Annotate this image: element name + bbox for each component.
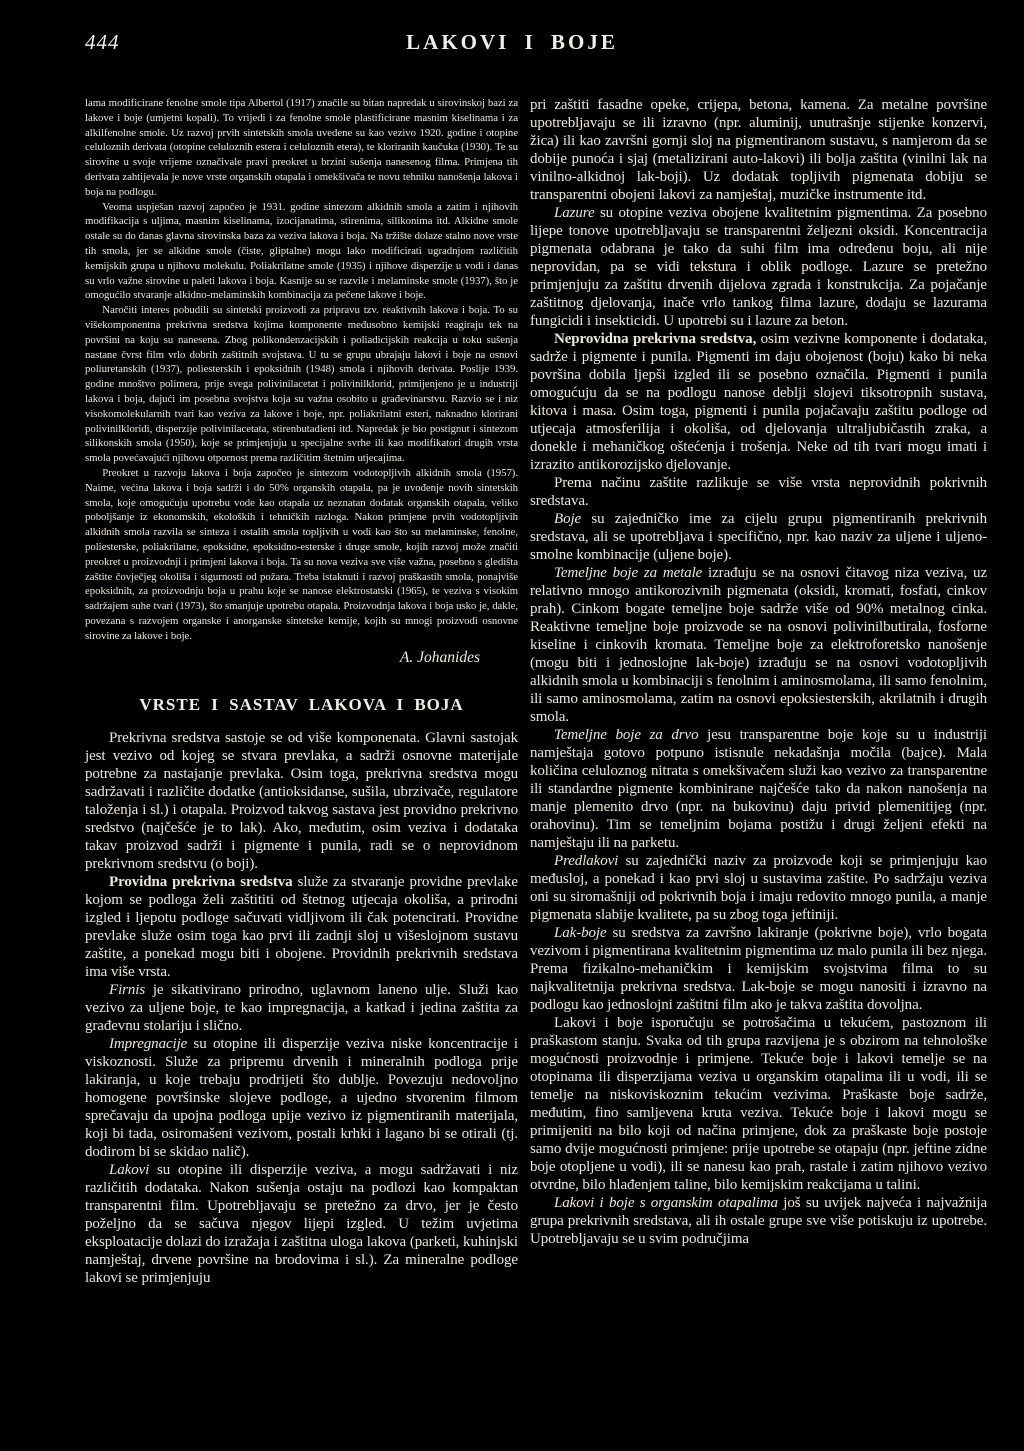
section-heading: VRSTE I SASTAV LAKOVA I BOJA (85, 695, 518, 715)
paragraph-lead-italic: Lazure (554, 205, 595, 221)
author-signature: A. Johanides (85, 649, 518, 667)
paragraph-lead-bold: Neprovidna prekrivna sredstva, (554, 331, 756, 347)
paragraph: Naročiti interes pobudili su sintetski p… (85, 303, 518, 466)
paragraph: Prekrivna sredstva sastoje se od više ko… (85, 729, 518, 873)
left-column-small-text: lama modificirane fenolne smole tipa Alb… (85, 96, 518, 643)
paragraph-lead-italic: Boje (554, 511, 581, 527)
paragraph: Lakovi i boje s organskim otapalima još … (530, 1194, 987, 1248)
paragraph-lead-italic: Lakovi i boje s organskim otapalima (554, 1195, 778, 1211)
paragraph: Veoma uspješan razvoj započeo je 1931. g… (85, 200, 518, 304)
paragraph: Lazure su otopine veziva obojene kvalite… (530, 204, 987, 330)
paragraph: Lak-boje su sredstva za završno lakiranj… (530, 924, 987, 1014)
paragraph: Boje su zajedničko ime za cijelu grupu p… (530, 510, 987, 564)
paragraph-lead-italic: Lakovi (109, 1162, 149, 1178)
paragraph-lead-italic: Temeljne boje za drvo (554, 727, 698, 743)
paragraph-lead-italic: Temeljne boje za metale (554, 565, 702, 581)
paragraph-lead-bold: Providna prekrivna sredstva (109, 874, 293, 890)
right-column-body-text: pri zaštiti fasadne opeke, crijepa, beto… (530, 96, 987, 1248)
page-title: LAKOVI I BOJE (0, 30, 1024, 55)
paragraph-lead-italic: Lak-boje (554, 925, 607, 941)
paragraph: Providna prekrivna sredstva služe za stv… (85, 873, 518, 981)
paragraph: Prema načinu zaštite razlikuje se više v… (530, 474, 987, 510)
two-column-layout: lama modificirane fenolne smole tipa Alb… (0, 80, 1024, 1287)
paragraph: lama modificirane fenolne smole tipa Alb… (85, 96, 518, 200)
paragraph: Predlakovi su zajednički naziv za proizv… (530, 852, 987, 924)
paragraph: Temeljne boje za metale izrađuju se na o… (530, 564, 987, 726)
left-column-body-text: Prekrivna sredstva sastoje se od više ko… (85, 729, 518, 1287)
page-header: 444 LAKOVI I BOJE (0, 0, 1024, 80)
document-page: 444 LAKOVI I BOJE lama modificirane feno… (0, 0, 1024, 1451)
paragraph: Impregnacije su otopine ili disperzije v… (85, 1035, 518, 1161)
paragraph-lead-italic: Predlakovi (554, 853, 618, 869)
paragraph: Lakovi su otopine ili disperzije veziva,… (85, 1161, 518, 1287)
paragraph-lead-italic: Firnis (109, 982, 145, 998)
paragraph: Firnis je sikativirano prirodno, uglavno… (85, 981, 518, 1035)
paragraph: pri zaštiti fasadne opeke, crijepa, beto… (530, 96, 987, 204)
right-column: pri zaštiti fasadne opeke, crijepa, beto… (530, 96, 987, 1287)
left-column: lama modificirane fenolne smole tipa Alb… (85, 96, 518, 1287)
paragraph: Temeljne boje za drvo jesu transparentne… (530, 726, 987, 852)
paragraph: Lakovi i boje isporučuju se potrošačima … (530, 1014, 987, 1194)
paragraph-lead-italic: Impregnacije (109, 1036, 187, 1052)
paragraph: Preokret u razvoju lakova i boja započeo… (85, 466, 518, 644)
paragraph: Neprovidna prekrivna sredstva, osim vezi… (530, 330, 987, 474)
